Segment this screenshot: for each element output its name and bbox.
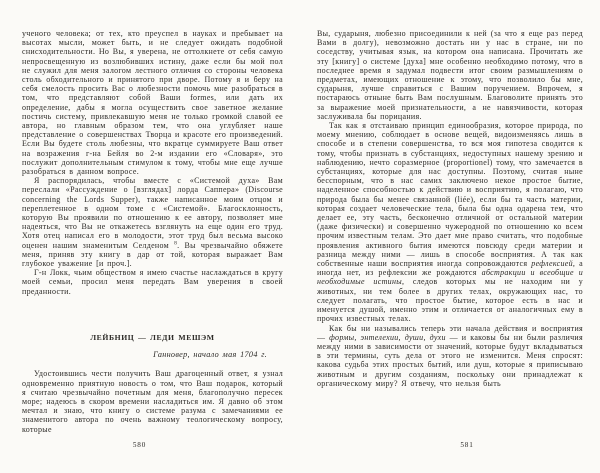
page-left-text: ученого человека; от тех, кто преуспел в…: [22, 29, 283, 434]
paragraph: Так как я отстаиваю принцип единообразия…: [317, 121, 583, 323]
paragraph: Вы, сударыня, любезно присоединили к ней…: [317, 29, 583, 121]
paragraph: ученого человека; от тех, кто преуспел в…: [22, 29, 283, 176]
paragraph: Г-н Локк, чьим обществом я имею счастье …: [22, 268, 283, 296]
paragraph: Удостоившись чести получить Ваш драгоцен…: [22, 369, 283, 433]
page-number-left: 580: [9, 441, 270, 449]
paragraph: Я распорядилась, чтобы вместе с «Системо…: [22, 176, 283, 268]
text-section: ученого человека; от тех, кто преуспел в…: [22, 29, 283, 324]
book-spread: ученого человека; от тех, кто преуспел в…: [0, 0, 600, 473]
paragraph: Как бы ни назывались теперь эти начала д…: [317, 324, 583, 388]
page-number-right: 581: [334, 441, 600, 449]
page-right-text: Вы, сударыня, любезно присоединили к ней…: [317, 29, 583, 388]
letter-dateline: Ганновер, начало мая 1704 г.: [22, 350, 283, 359]
letter-heading: ЛЕЙБНИЦ — ЛЕДИ МЕШЭМ: [22, 333, 283, 342]
